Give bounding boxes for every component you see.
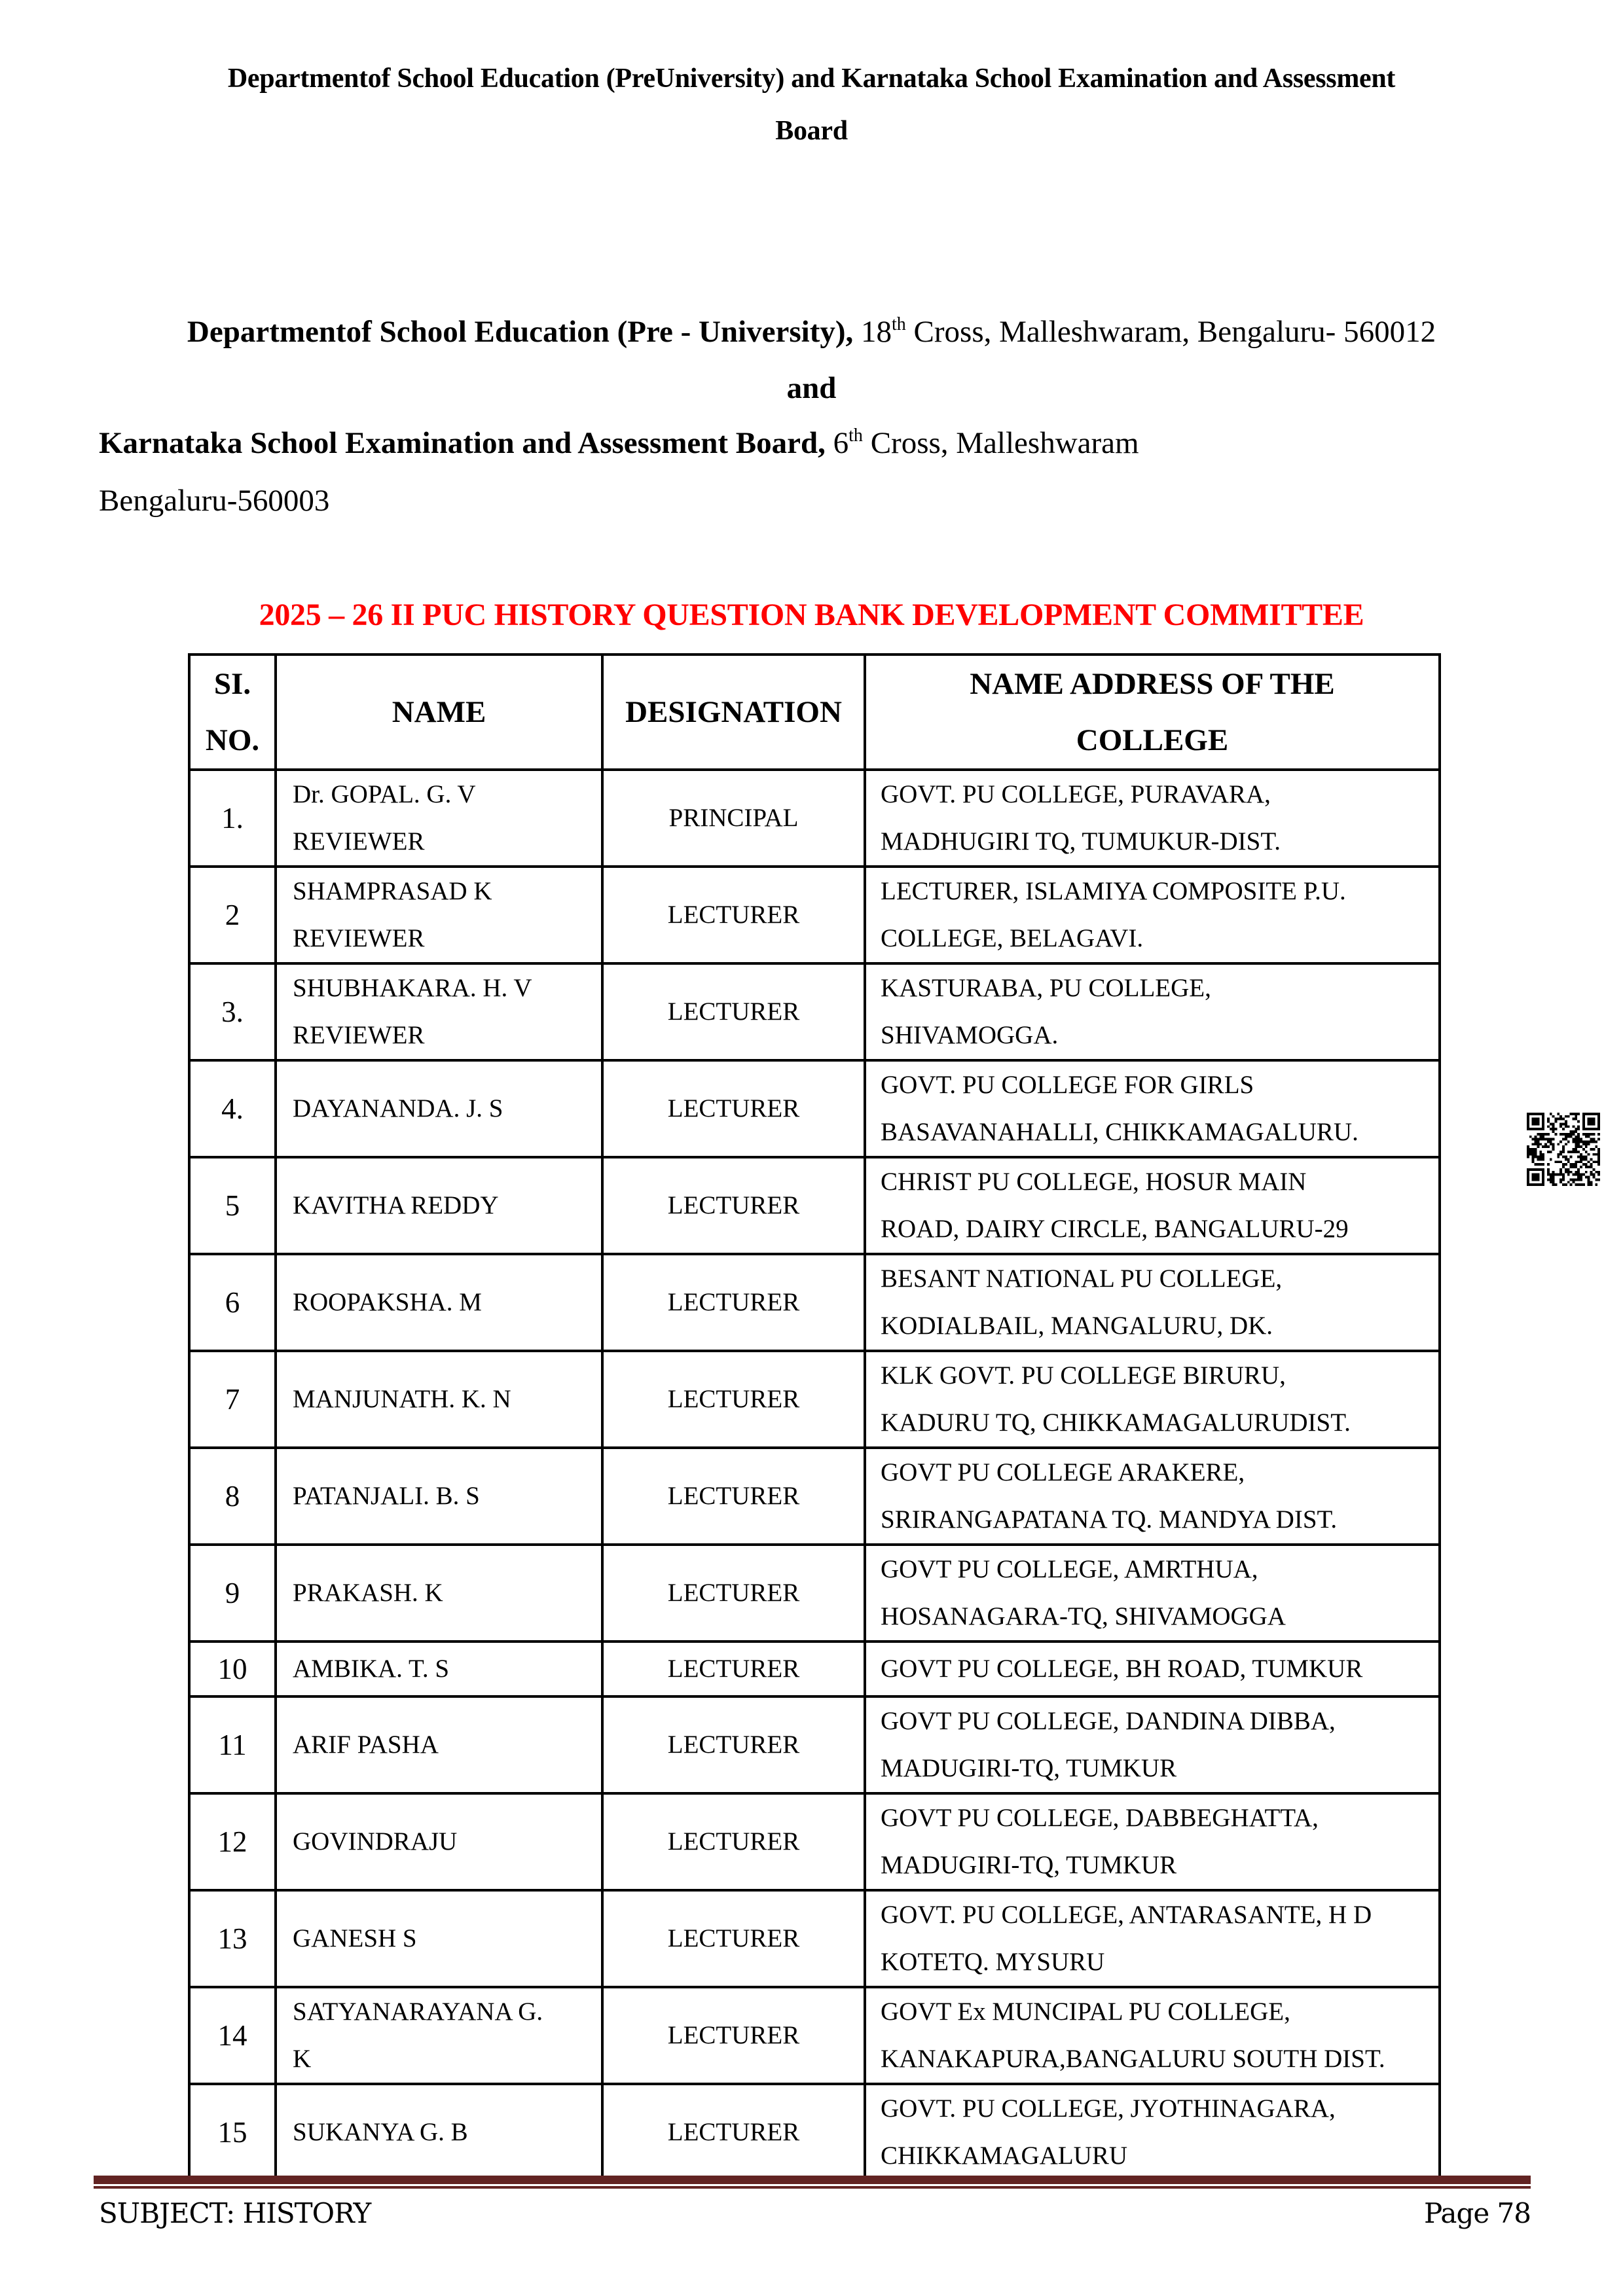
cell-college-line: GOVT PU COLLEGE, AMRTHUA,: [881, 1555, 1258, 1583]
cell-name: SUKANYA G. B: [276, 2084, 602, 2181]
address-board: Karnataka School Examination and Assessm…: [99, 425, 1139, 461]
cell-name: ARIF PASHA: [276, 1696, 602, 1793]
cell-name-line: GANESH S: [293, 1924, 417, 1952]
cell-designation: LECTURER: [602, 1696, 865, 1793]
cell-name-line: SUKANYA G. B: [293, 2118, 468, 2146]
cell-college-line: SRIRANGAPATANA TQ. MANDYA DIST.: [881, 1505, 1337, 1534]
committee-table-body: 1.Dr. GOPAL. G. VREVIEWERPRINCIPALGOVT. …: [189, 770, 1440, 2181]
table-row: 10AMBIKA. T. SLECTURERGOVT PU COLLEGE, B…: [189, 1641, 1440, 1696]
cell-name-line: REVIEWER: [293, 924, 424, 952]
cell-name-line: GOVINDRAJU: [293, 1827, 457, 1856]
cell-college-line: KODIALBAIL, MANGALURU, DK.: [881, 1312, 1273, 1340]
table-header-row: SI.NO. NAME DESIGNATION NAME ADDRESS OF …: [189, 655, 1440, 770]
cell-college-line: GOVT. PU COLLEGE, PURAVARA,: [881, 780, 1271, 808]
cell-college: GOVT PU COLLEGE, BH ROAD, TUMKUR: [865, 1641, 1440, 1696]
cell-designation: LECTURER: [602, 1545, 865, 1641]
cell-college: GOVT PU COLLEGE, AMRTHUA,HOSANAGARA-TQ, …: [865, 1545, 1440, 1641]
ordinal-suffix: th: [892, 314, 906, 334]
committee-title: 2025 – 26 II PUC HISTORY QUESTION BANK D…: [0, 597, 1623, 633]
cell-sl-no: 15: [189, 2084, 276, 2181]
cell-college-line: MADHUGIRI TQ, TUMUKUR-DIST.: [881, 827, 1281, 855]
cell-college-line: GOVT. PU COLLEGE FOR GIRLS: [881, 1071, 1254, 1099]
cell-designation: LECTURER: [602, 1254, 865, 1351]
table-row: 14SATYANARAYANA G.KLECTURERGOVT Ex MUNCI…: [189, 1987, 1440, 2084]
address-board-city: Bengaluru-560003: [99, 483, 329, 518]
cell-designation: LECTURER: [602, 867, 865, 963]
cell-sl-no: 5: [189, 1157, 276, 1254]
cell-name-line: ARIF PASHA: [293, 1731, 439, 1759]
department-name: Departmentof School Education (Pre - Uni…: [187, 315, 853, 349]
cell-college-line: GOVT PU COLLEGE, BH ROAD, TUMKUR: [881, 1655, 1362, 1683]
cell-college-line: GOVT Ex MUNCIPAL PU COLLEGE,: [881, 1998, 1290, 2026]
cell-name: SHAMPRASAD KREVIEWER: [276, 867, 602, 963]
table-row: 7MANJUNATH. K. NLECTURERKLK GOVT. PU COL…: [189, 1351, 1440, 1448]
cell-designation: LECTURER: [602, 1793, 865, 1890]
table-row: 3.SHUBHAKARA. H. VREVIEWERLECTURERKASTUR…: [189, 963, 1440, 1060]
cell-college-line: MADUGIRI-TQ, TUMKUR: [881, 1851, 1176, 1879]
cell-college: LECTURER, ISLAMIYA COMPOSITE P.U.COLLEGE…: [865, 867, 1440, 963]
cell-college: CHRIST PU COLLEGE, HOSUR MAINROAD, DAIRY…: [865, 1157, 1440, 1254]
department-location: Cross, Malleshwaram, Bengaluru- 560012: [906, 315, 1436, 349]
cell-college: GOVT. PU COLLEGE, JYOTHINAGARA,CHIKKAMAG…: [865, 2084, 1440, 2181]
header-college-line2: COLLEGE: [1076, 723, 1228, 757]
cell-sl-no: 3.: [189, 963, 276, 1060]
cell-college-line: KANAKAPURA,BANGALURU SOUTH DIST.: [881, 2045, 1385, 2073]
cell-sl-no: 14: [189, 1987, 276, 2084]
cell-sl-no: 2: [189, 867, 276, 963]
table-row: 1.Dr. GOPAL. G. VREVIEWERPRINCIPALGOVT. …: [189, 770, 1440, 867]
cell-college: KLK GOVT. PU COLLEGE BIRURU,KADURU TQ, C…: [865, 1351, 1440, 1448]
board-location: Cross, Malleshwaram: [863, 426, 1139, 460]
cell-sl-no: 6: [189, 1254, 276, 1351]
cell-college-line: CHRIST PU COLLEGE, HOSUR MAIN: [881, 1168, 1306, 1196]
cell-designation: LECTURER: [602, 1987, 865, 2084]
cell-name: PRAKASH. K: [276, 1545, 602, 1641]
cell-college-line: KADURU TQ, CHIKKAMAGALURUDIST.: [881, 1408, 1351, 1437]
cell-name-line: KAVITHA REDDY: [293, 1191, 499, 1219]
cell-sl-no: 12: [189, 1793, 276, 1890]
table-row: 11ARIF PASHALECTURERGOVT PU COLLEGE, DAN…: [189, 1696, 1440, 1793]
header-sl-line2: NO.: [206, 723, 259, 757]
cell-designation: LECTURER: [602, 1157, 865, 1254]
cell-college: GOVT. PU COLLEGE, PURAVARA,MADHUGIRI TQ,…: [865, 770, 1440, 867]
cell-college: GOVT PU COLLEGE, DANDINA DIBBA,MADUGIRI-…: [865, 1696, 1440, 1793]
cell-name-line: Dr. GOPAL. G. V: [293, 780, 476, 808]
cell-sl-no: 11: [189, 1696, 276, 1793]
cell-name: PATANJALI. B. S: [276, 1448, 602, 1545]
cell-name-line: DAYANANDA. J. S: [293, 1094, 503, 1122]
ordinal-suffix: th: [848, 425, 863, 446]
cell-college-line: BASAVANAHALLI, CHIKKAMAGALURU.: [881, 1118, 1359, 1146]
footer-page-number: Page 78: [1424, 2197, 1531, 2229]
cell-name-line: SHAMPRASAD K: [293, 877, 492, 905]
cell-designation: LECTURER: [602, 1448, 865, 1545]
cell-designation: LECTURER: [602, 963, 865, 1060]
cell-designation: LECTURER: [602, 2084, 865, 2181]
cell-college-line: GOVT PU COLLEGE ARAKERE,: [881, 1458, 1245, 1486]
cell-designation: LECTURER: [602, 1890, 865, 1987]
cell-college-line: HOSANAGARA-TQ, SHIVAMOGGA: [881, 1602, 1286, 1630]
table-row: 6ROOPAKSHA. MLECTURERBESANT NATIONAL PU …: [189, 1254, 1440, 1351]
cell-designation: LECTURER: [602, 1351, 865, 1448]
cell-college-line: SHIVAMOGGA.: [881, 1021, 1058, 1049]
cell-name: KAVITHA REDDY: [276, 1157, 602, 1254]
qr-code-icon: [1525, 1113, 1601, 1186]
cell-college-line: GOVT. PU COLLEGE, JYOTHINAGARA,: [881, 2094, 1336, 2123]
cell-sl-no: 8: [189, 1448, 276, 1545]
table-row: 8PATANJALI. B. SLECTURERGOVT PU COLLEGE …: [189, 1448, 1440, 1545]
cell-college-line: CHIKKAMAGALURU: [881, 2142, 1127, 2170]
cell-name-line: ROOPAKSHA. M: [293, 1288, 482, 1316]
header-sl-line1: SI.: [214, 667, 251, 701]
cell-name: DAYANANDA. J. S: [276, 1060, 602, 1157]
footer-divider-thin: [94, 2186, 1531, 2189]
cell-name-line: AMBIKA. T. S: [293, 1655, 449, 1683]
header-college-line1: NAME ADDRESS OF THE: [970, 667, 1335, 701]
cell-name-line: SATYANARAYANA G.: [293, 1998, 543, 2026]
cell-college: GOVT Ex MUNCIPAL PU COLLEGE,KANAKAPURA,B…: [865, 1987, 1440, 2084]
cell-college-line: ROAD, DAIRY CIRCLE, BANGALURU-29: [881, 1215, 1349, 1243]
cell-college: GOVT. PU COLLEGE FOR GIRLSBASAVANAHALLI,…: [865, 1060, 1440, 1157]
cell-designation: LECTURER: [602, 1641, 865, 1696]
cell-designation: PRINCIPAL: [602, 770, 865, 867]
cell-name: GOVINDRAJU: [276, 1793, 602, 1890]
cell-name: AMBIKA. T. S: [276, 1641, 602, 1696]
cell-college-line: GOVT PU COLLEGE, DANDINA DIBBA,: [881, 1707, 1336, 1735]
cell-designation: LECTURER: [602, 1060, 865, 1157]
cell-name-line: MANJUNATH. K. N: [293, 1385, 511, 1413]
table-row: 4.DAYANANDA. J. SLECTURERGOVT. PU COLLEG…: [189, 1060, 1440, 1157]
cell-name: ROOPAKSHA. M: [276, 1254, 602, 1351]
cell-college-line: LECTURER, ISLAMIYA COMPOSITE P.U.: [881, 877, 1346, 905]
cell-college: BESANT NATIONAL PU COLLEGE,KODIALBAIL, M…: [865, 1254, 1440, 1351]
cell-college: GOVT PU COLLEGE, DABBEGHATTA,MADUGIRI-TQ…: [865, 1793, 1440, 1890]
cell-sl-no: 10: [189, 1641, 276, 1696]
cell-sl-no: 9: [189, 1545, 276, 1641]
cell-name: SHUBHAKARA. H. VREVIEWER: [276, 963, 602, 1060]
table-row: 2SHAMPRASAD KREVIEWERLECTURERLECTURER, I…: [189, 867, 1440, 963]
board-name: Karnataka School Examination and Assessm…: [99, 426, 826, 460]
cell-name-line: REVIEWER: [293, 827, 424, 855]
header-sl-no: SI.NO.: [189, 655, 276, 770]
cell-college-line: KASTURABA, PU COLLEGE,: [881, 974, 1211, 1002]
department-cross-number: 18: [853, 315, 892, 349]
cell-college-line: COLLEGE, BELAGAVI.: [881, 924, 1143, 952]
cell-name-line: K: [293, 2045, 311, 2073]
cell-sl-no: 1.: [189, 770, 276, 867]
address-department: Departmentof School Education (Pre - Uni…: [0, 314, 1623, 350]
table-row: 12GOVINDRAJULECTURERGOVT PU COLLEGE, DAB…: [189, 1793, 1440, 1890]
cell-sl-no: 4.: [189, 1060, 276, 1157]
cell-college: KASTURABA, PU COLLEGE,SHIVAMOGGA.: [865, 963, 1440, 1060]
cell-college: GOVT. PU COLLEGE, ANTARASANTE, H DKOTETQ…: [865, 1890, 1440, 1987]
cell-name: SATYANARAYANA G.K: [276, 1987, 602, 2084]
cell-college-line: KLK GOVT. PU COLLEGE BIRURU,: [881, 1361, 1286, 1390]
footer-divider-thick: [94, 2176, 1531, 2184]
header-college: NAME ADDRESS OF THECOLLEGE: [865, 655, 1440, 770]
cell-college-line: GOVT PU COLLEGE, DABBEGHATTA,: [881, 1804, 1319, 1832]
cell-name: GANESH S: [276, 1890, 602, 1987]
cell-college: GOVT PU COLLEGE ARAKERE,SRIRANGAPATANA T…: [865, 1448, 1440, 1545]
cell-name: Dr. GOPAL. G. VREVIEWER: [276, 770, 602, 867]
cell-college-line: BESANT NATIONAL PU COLLEGE,: [881, 1265, 1282, 1293]
cell-name-line: REVIEWER: [293, 1021, 424, 1049]
footer-subject: SUBJECT: HISTORY: [99, 2197, 371, 2229]
board-cross-number: 6: [826, 426, 848, 460]
cell-college-line: KOTETQ. MYSURU: [881, 1948, 1104, 1976]
header-designation: DESIGNATION: [602, 655, 865, 770]
cell-name: MANJUNATH. K. N: [276, 1351, 602, 1448]
cell-college-line: GOVT. PU COLLEGE, ANTARASANTE, H D: [881, 1901, 1372, 1929]
address-and: and: [0, 370, 1623, 406]
cell-sl-no: 13: [189, 1890, 276, 1987]
cell-sl-no: 7: [189, 1351, 276, 1448]
committee-table: SI.NO. NAME DESIGNATION NAME ADDRESS OF …: [188, 653, 1441, 2182]
table-row: 5KAVITHA REDDYLECTURERCHRIST PU COLLEGE,…: [189, 1157, 1440, 1254]
cell-name-line: PATANJALI. B. S: [293, 1482, 480, 1510]
cell-college-line: MADUGIRI-TQ, TUMKUR: [881, 1754, 1176, 1782]
header-line-1: Departmentof School Education (PreUniver…: [0, 63, 1623, 94]
table-row: 9PRAKASH. KLECTURERGOVT PU COLLEGE, AMRT…: [189, 1545, 1440, 1641]
header-name: NAME: [276, 655, 602, 770]
cell-name-line: PRAKASH. K: [293, 1579, 443, 1607]
cell-name-line: SHUBHAKARA. H. V: [293, 974, 532, 1002]
table-row: 15SUKANYA G. BLECTURERGOVT. PU COLLEGE, …: [189, 2084, 1440, 2181]
table-row: 13GANESH SLECTURERGOVT. PU COLLEGE, ANTA…: [189, 1890, 1440, 1987]
header-line-2: Board: [0, 115, 1623, 147]
